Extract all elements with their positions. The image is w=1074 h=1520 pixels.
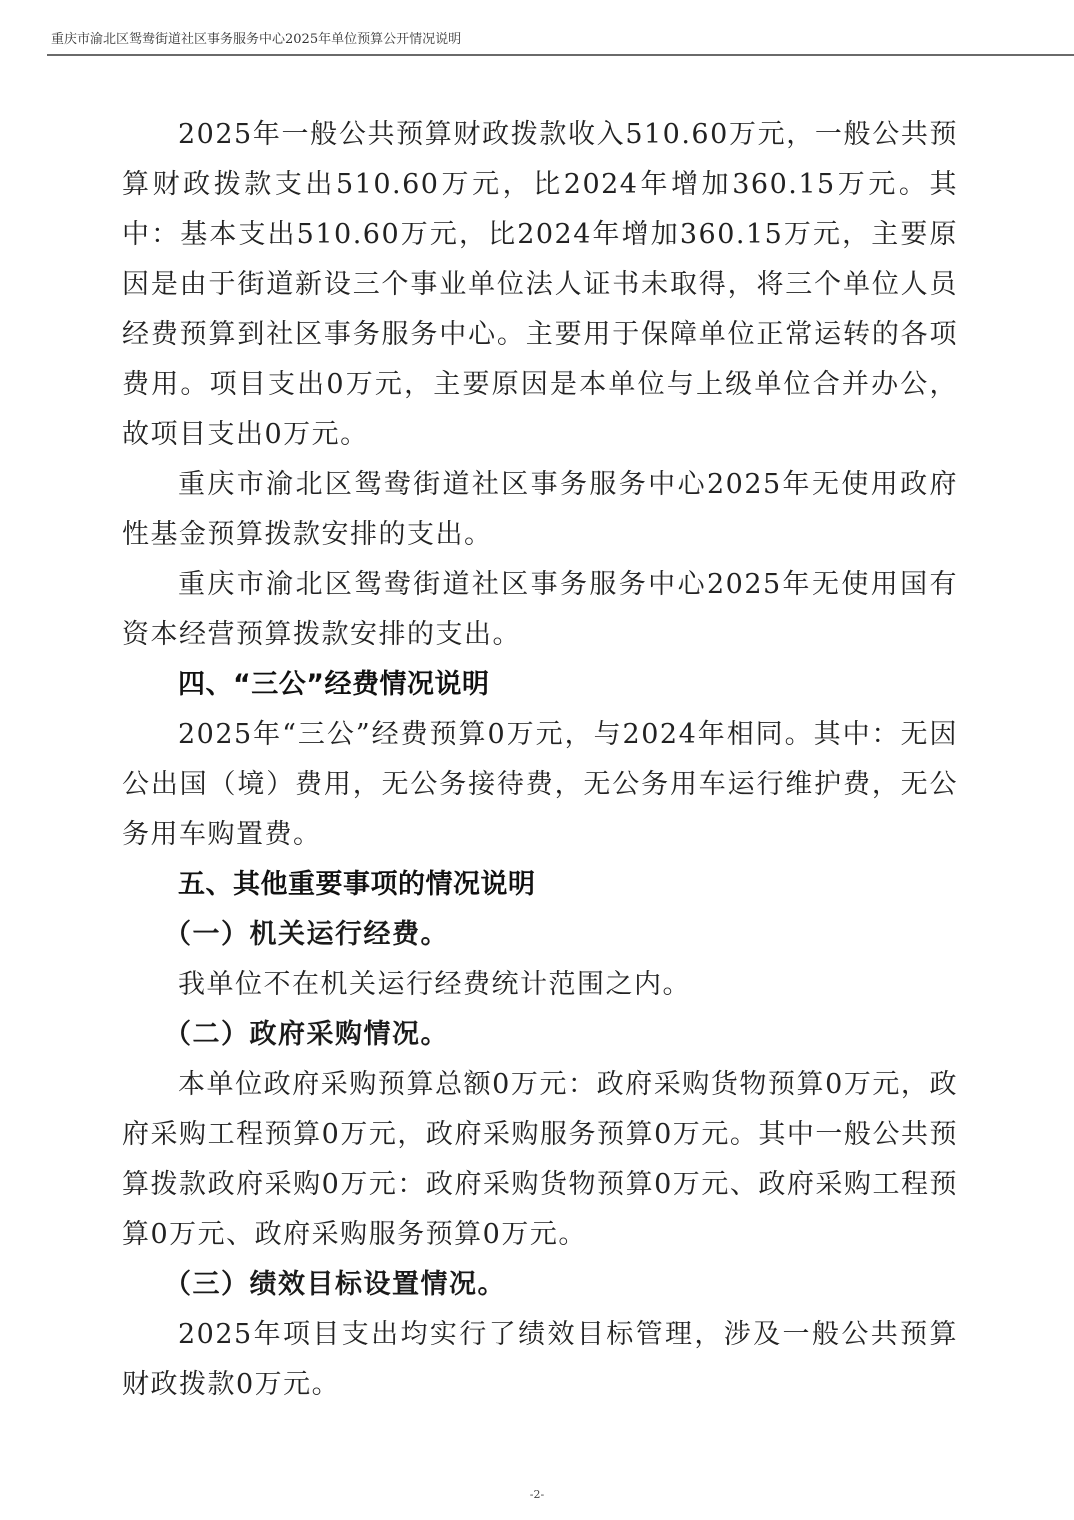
paragraph-state-capital: 重庆市渝北区鸳鸯街道社区事务服务中心2025年无使用国有资本经营预算拨款安排的支… (122, 560, 958, 660)
paragraph-operating-expenses: 我单位不在机关运行经费统计范围之内。 (122, 960, 958, 1010)
subheading-operating-expenses: （一）机关运行经费。 (122, 910, 958, 960)
subheading-performance-targets: （三）绩效目标设置情况。 (122, 1260, 958, 1310)
paragraph-government-procurement: 本单位政府采购预算总额0万元：政府采购货物预算0万元，政府采购工程预算0万元，政… (122, 1060, 958, 1260)
subheading-government-procurement: （二）政府采购情况。 (122, 1010, 958, 1060)
section-heading-other-matters: 五、其他重要事项的情况说明 (122, 860, 958, 910)
paragraph-general-budget: 2025年一般公共预算财政拨款收入510.60万元，一般公共预算财政拨款支出51… (122, 110, 958, 460)
paragraph-government-fund: 重庆市渝北区鸳鸯街道社区事务服务中心2025年无使用政府性基金预算拨款安排的支出… (122, 460, 958, 560)
document-body: 2025年一般公共预算财政拨款收入510.60万元，一般公共预算财政拨款支出51… (122, 110, 958, 1410)
page-number: -2- (0, 1488, 1074, 1501)
paragraph-performance-targets: 2025年项目支出均实行了绩效目标管理，涉及一般公共预算财政拨款0万元。 (122, 1310, 958, 1410)
paragraph-three-public-expenses: 2025年“三公”经费预算0万元，与2024年相同。其中：无因公出国（境）费用，… (122, 710, 958, 860)
document-running-title: 重庆市渝北区鸳鸯街道社区事务服务中心2025年单位预算公开情况说明 (51, 32, 461, 48)
page-header: 重庆市渝北区鸳鸯街道社区事务服务中心2025年单位预算公开情况说明 (47, 28, 1074, 56)
section-heading-three-public-expenses: 四、“三公”经费情况说明 (122, 660, 958, 710)
